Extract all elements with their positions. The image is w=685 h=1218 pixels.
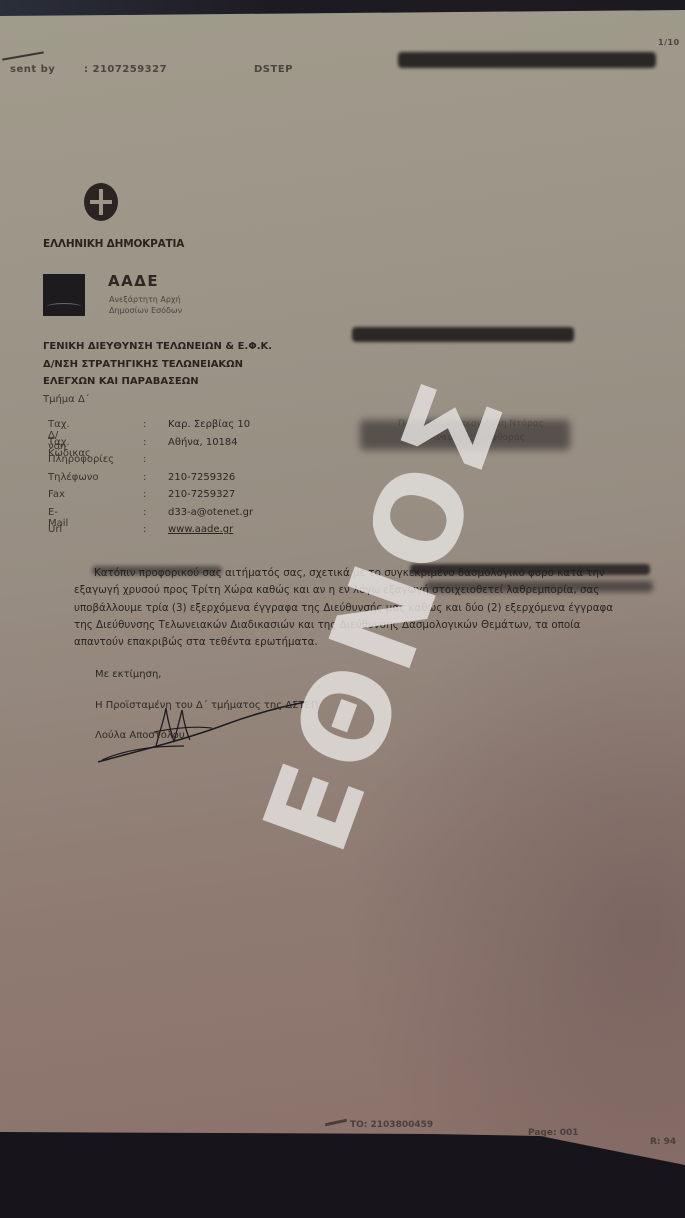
- strike-redaction: [92, 566, 222, 575]
- fax-document: sent by : 2107259327 DSTEP 1/10 ΕΛΛΗΝΙΚΗ…: [0, 0, 685, 1218]
- email-link[interactable]: d33-a@otenet.gr: [168, 507, 253, 518]
- fax-recipient-id: TO: 2103800459: [350, 1120, 433, 1130]
- pen-mark: [2, 51, 44, 60]
- postal-code-value: Αθήνα, 10184: [168, 437, 238, 448]
- footer-mark: [325, 1119, 347, 1127]
- country-name: ΕΛΛΗΝΙΚΗ ΔΗΜΟΚΡΑΤΙΑ: [43, 238, 184, 250]
- agency-acronym: ΑΑΔΕ: [108, 272, 159, 290]
- agency-name-line1: Ανεξάρτητη Αρχή: [109, 295, 181, 304]
- page-number: Page: 001: [528, 1128, 579, 1138]
- website-link[interactable]: www.aade.gr: [168, 524, 233, 535]
- department-line: ΓΕΝΙΚΗ ΔΙΕΥΘΥΝΣΗ ΤΕΛΩΝΕΙΩΝ & Ε.Φ.Κ.: [43, 341, 272, 352]
- sender-code: DSTEP: [254, 64, 293, 75]
- agency-name-line2: Δημοσίων Εσόδων: [109, 306, 182, 315]
- address-value: Καρ. Σερβίας 10: [168, 419, 250, 430]
- coat-of-arms-icon: [84, 183, 118, 221]
- salutation: Με εκτίμηση,: [95, 669, 161, 680]
- department-line: Δ/ΝΣΗ ΣΤΡΑΤΗΓΙΚΗΣ ΤΕΛΩΝΕΙΑΚΩΝ: [43, 359, 243, 370]
- r-value: R: 94: [650, 1137, 676, 1147]
- section-name: Τμήμα Δ΄: [43, 394, 90, 405]
- redaction-bar: [398, 52, 656, 68]
- sent-by-label: sent by: [10, 64, 55, 75]
- department-line: ΕΛΕΓΧΩΝ ΚΑΙ ΠΑΡΑΒΑΣΕΩΝ: [43, 376, 199, 387]
- page-fraction: 1/10: [658, 38, 680, 47]
- sent-by-number: : 2107259327: [84, 64, 167, 75]
- phone-value: 210-7259326: [168, 472, 235, 483]
- date-redaction-bar: [352, 327, 574, 342]
- fax-value: 210-7259327: [168, 489, 235, 500]
- aade-logo-icon: [43, 274, 85, 316]
